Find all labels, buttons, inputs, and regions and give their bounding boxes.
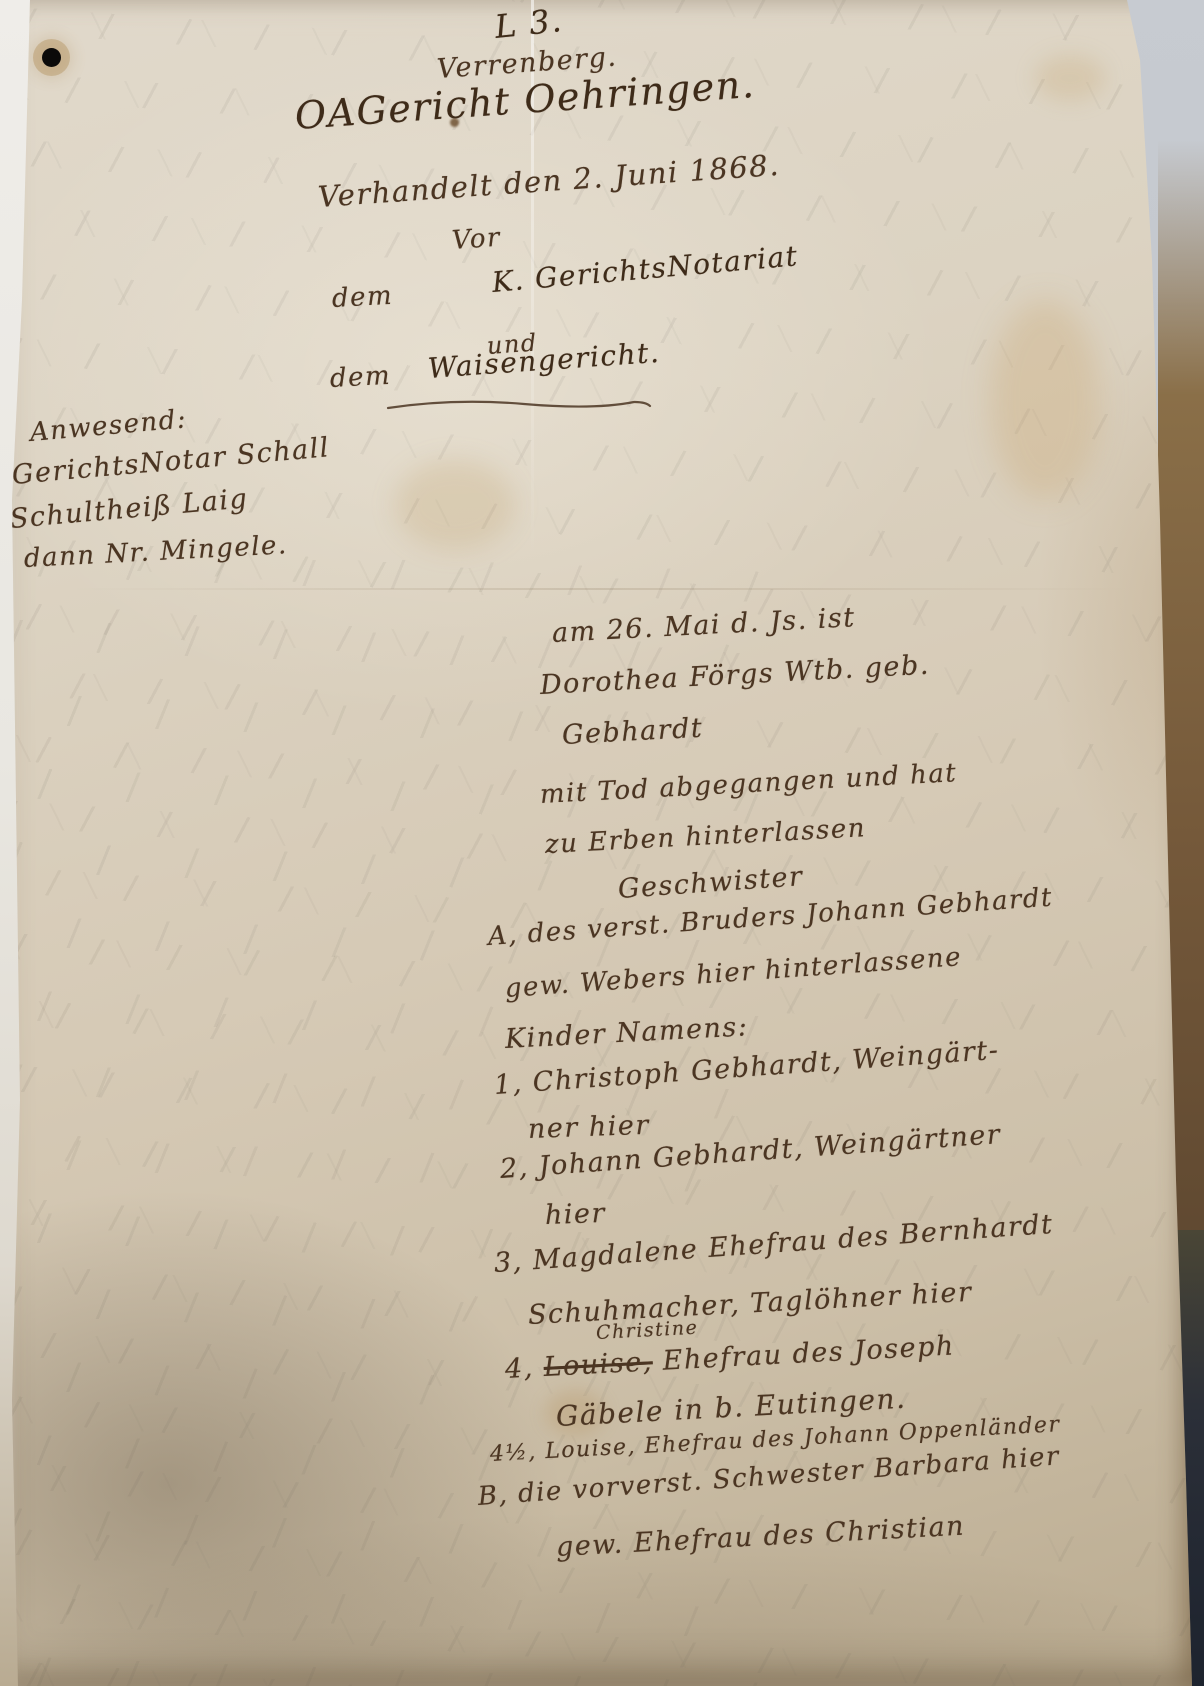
folio-number: L 3.: [493, 1, 565, 46]
body-line-item2b: hier: [544, 1198, 606, 1231]
vor-line: Vor: [451, 223, 502, 256]
manuscript-page: L 3. Verrenberg. OAGericht Oehringen. Ve…: [0, 0, 1204, 1686]
body-line-heirs: zu Erben hinterlassen: [544, 813, 866, 860]
waisengericht-line: Waisengericht.: [427, 336, 661, 385]
body-line-deceased: Dorothea Förgs Wtb. geb.: [539, 650, 930, 701]
manuscript-photo: L 3. Verrenberg. OAGericht Oehringen. Ve…: [0, 0, 1204, 1686]
body-line-surname: Gebhardt: [561, 713, 704, 751]
dem-word-2: dem: [329, 361, 392, 394]
body-line-christian: gew. Ehefrau des Christian: [555, 1511, 966, 1563]
protocol-date-line: Verhandelt den 2. Juni 1868.: [317, 148, 781, 214]
body-line-geschwister: Geschwister: [617, 861, 804, 905]
body-line-kinder: Kinder Namens:: [504, 1011, 749, 1055]
item4-number: 4,: [504, 1353, 534, 1385]
insertion-christine: Christine: [595, 1317, 698, 1344]
punch-hole: [42, 48, 61, 67]
paper-stain: [990, 300, 1100, 500]
item4-rest: Ehefrau des Joseph: [662, 1330, 956, 1376]
notariat-line: K. GerichtsNotariat: [491, 239, 800, 299]
dem-word-1: dem: [331, 281, 394, 314]
body-line-weber: gew. Webers hier hinterlassene: [504, 942, 963, 1004]
body-line-item4: 4,Louise,Ehefrau des Joseph: [504, 1330, 955, 1385]
body-line-item3b: Schuhmacher, Taglöhner hier: [527, 1277, 973, 1331]
attendee-schultheiss: Schultheiß Laig: [9, 483, 250, 535]
body-line-date: am 26. Mai d. Js. ist: [551, 602, 856, 649]
paper-stain: [1035, 55, 1105, 101]
attendee-mingele: dann Nr. Mingele.: [23, 530, 288, 574]
body-line-death: mit Tod abgegangen und hat: [539, 758, 958, 810]
paper-stain: [395, 460, 515, 550]
anwesend-label: Anwesend:: [29, 404, 189, 448]
fold-crease-horizontal: [70, 588, 1130, 590]
item4-struck-name: Louise,: [543, 1346, 654, 1383]
underline-flourish: [384, 396, 654, 414]
body-line-item1b: ner hier: [527, 1110, 650, 1145]
